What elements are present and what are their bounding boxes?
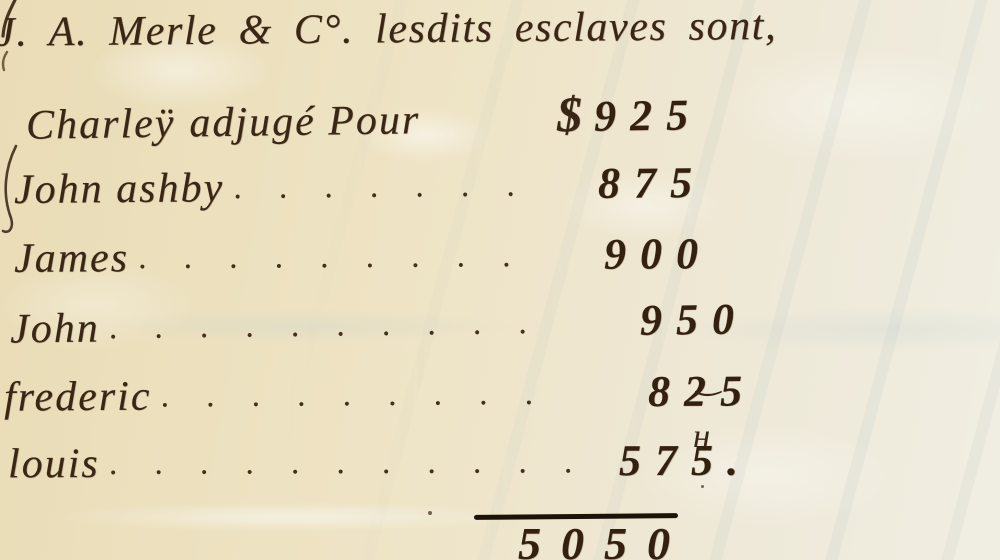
ink-mark: ʜ	[693, 418, 710, 456]
row-spacer	[420, 131, 557, 133]
ledger-row-john-ashby: John ashby ....... 875	[14, 159, 706, 213]
entry-amount: 925	[594, 91, 703, 141]
entry-label: adjugé Pour	[189, 97, 420, 146]
header-line: J. A. Merle & C°. lesdits esclaves sont,	[0, 1, 856, 57]
entry-name: John	[10, 305, 100, 352]
dollar-sign: $	[557, 87, 585, 142]
entry-name: John ashby	[14, 165, 225, 213]
ink-dot	[701, 485, 704, 488]
dotted-leader: ..........	[109, 303, 624, 347]
entry-amount: 950	[640, 295, 749, 345]
ledger-row-louis: louis ........... 575.	[8, 437, 752, 488]
dotted-leader: .........	[161, 374, 632, 415]
entry-amount: 900	[604, 230, 712, 279]
ledger-row-james: James ......... 900	[14, 230, 712, 282]
entry-name: Charleÿ	[26, 101, 176, 149]
ledger-row-charley: Charleÿ adjugé Pour $ 925	[26, 85, 703, 149]
entry-name: James	[14, 235, 129, 282]
ink-mark: ‿	[697, 362, 721, 397]
dotted-leader: .........	[139, 237, 588, 277]
dotted-leader: .......	[234, 166, 582, 206]
manuscript-page: J. A. Merle & C°. lesdits esclaves sont,…	[0, 0, 1000, 560]
entry-amount: 875	[598, 159, 706, 208]
total-amount: 5050	[518, 521, 690, 560]
ledger-row-frederic: frederic ......... 825	[4, 367, 756, 421]
ledger-row-john: John .......... 950	[10, 295, 749, 352]
entry-name: frederic	[4, 374, 152, 421]
entry-amount: 575.	[619, 437, 752, 486]
ink-dot	[428, 511, 432, 515]
entry-name: louis	[8, 441, 100, 488]
dotted-leader: ...........	[110, 443, 603, 482]
